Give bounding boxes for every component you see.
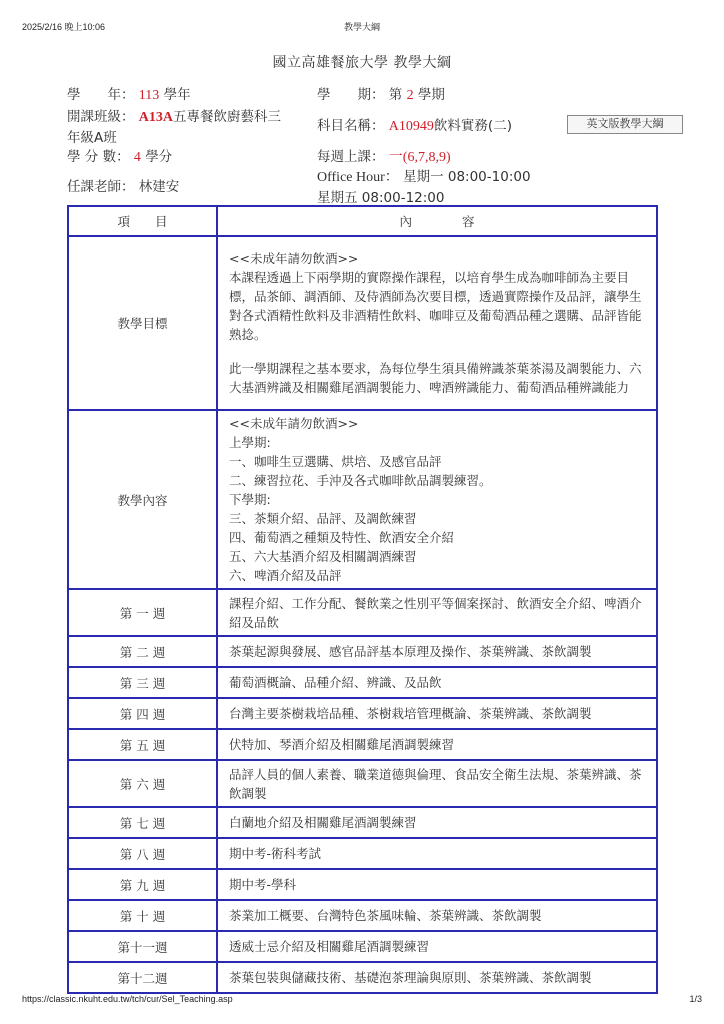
header-content: 內 容 [217,206,657,236]
week-content: 透威士忌介紹及相關雞尾酒調製練習 [217,931,657,962]
week-label: 第 五 週 [68,729,217,760]
english-syllabus-button[interactable]: 英文版教學大綱 [567,115,683,134]
week-row: 第 十 週 茶業加工概要、台灣特色茶風味輪、茶葉辨識、茶飲調製 [68,900,657,931]
document-title: 國立高雄餐旅大學 教學大綱 [0,52,724,72]
week-label: 第 三 週 [68,667,217,698]
info-class: 開課班級： A13A五專餐飲廚藝科三 年級A班 [67,107,287,148]
class-code: A13A [139,110,173,125]
week-content: 伏特加、琴酒介紹及相關雞尾酒調製練習 [217,729,657,760]
class-name-line1: 五專餐飲廚藝科三 [173,109,281,125]
week-label: 第 一 週 [68,589,217,636]
objectives-warning: <<未成年請勿飲酒>> [229,249,646,268]
semester-prefix: 第 [389,87,403,103]
year-value: 113 [139,88,159,103]
week-content: 茶業加工概要、台灣特色茶風味輪、茶葉辨識、茶飲調製 [217,900,657,931]
week-label: 第 七 週 [68,807,217,838]
year-label: 學 年： [67,87,135,103]
info-credits: 學 分 數： 4 學分 [67,147,172,168]
office-hour-label: Office Hour： [317,170,399,185]
week-row: 第十一週 透威士忌介紹及相關雞尾酒調製練習 [68,931,657,962]
week-content: 茶葉包裝與儲藏技術、基礎泡茶理論與原則、茶葉辨識、茶飲調製 [217,962,657,993]
week-content: 期中考-學科 [217,869,657,900]
week-label: 第十二週 [68,962,217,993]
class-name-line2: 年級A班 [67,130,117,146]
week-row: 第 二 週 茶葉起源與發展、感官品評基本原理及操作、茶葉辨識、茶飲調製 [68,636,657,667]
week-row: 第 一 週 課程介紹、工作分配、餐飲業之性別平等個案探討、飲酒安全介紹、啤酒介紹… [68,589,657,636]
credits-unit: 學分 [145,149,172,165]
week-label: 第 九 週 [68,869,217,900]
objectives-row: 教學目標 <<未成年請勿飲酒>> 本課程透過上下兩學期的實際操作課程，以培育學生… [68,236,657,410]
year-unit: 學年 [164,87,191,103]
header-item: 項 目 [68,206,217,236]
teacher-value: 林建安 [139,179,180,195]
info-year: 學 年： 113 學年 [67,85,191,106]
course-label: 科目名稱： [317,118,385,134]
semester-label: 學 期： [317,87,385,103]
info-course: 科目名稱： A10949飲料實務(二) [317,116,512,137]
week-label: 第 十 週 [68,900,217,931]
content-line: 下學期: [229,490,646,509]
content-line: 三、茶類介紹、品評、及調飲練習 [229,509,646,528]
print-header: 2025/2/16 晚上10:06 教學大綱 [22,20,702,34]
teacher-label: 任課老師： [67,179,135,195]
office-hour-1: 星期一 08:00-10:00 [403,169,530,185]
content-line: 六、啤酒介紹及品評 [229,566,646,585]
objectives-label: 教學目標 [68,236,217,410]
info-teacher: 任課老師： 林建安 [67,177,179,197]
week-row: 第 四 週 台灣主要茶樹栽培品種、茶樹栽培管理概論、茶葉辨識、茶飲調製 [68,698,657,729]
week-content: 課程介紹、工作分配、餐飲業之性別平等個案探討、飲酒安全介紹、啤酒介紹及品飲 [217,589,657,636]
objectives-paragraph-2: 此一學期課程之基本要求，為每位學生須具備辨識茶葉茶湯及調製能力、六大基酒辨識及相… [229,359,646,397]
class-label: 開課班級： [67,109,135,125]
print-footer: https://classic.nkuht.edu.tw/tch/cur/Sel… [22,994,702,1008]
content-line: 四、葡萄酒之種類及特性、飲酒安全介紹 [229,528,646,547]
content-line: 二、練習拉花、手沖及各式咖啡飲品調製練習。 [229,471,646,490]
objectives-paragraph-1: 本課程透過上下兩學期的實際操作課程，以培育學生成為咖啡師為主要目標，品茶師、調酒… [229,268,646,344]
week-content: 葡萄酒概論、品種介紹、辨識、及品飲 [217,667,657,698]
content-line: 上學期: [229,433,646,452]
week-content: 期中考-術科考試 [217,838,657,869]
page-number: 1/3 [689,994,702,1004]
week-row: 第 九 週 期中考-學科 [68,869,657,900]
content-row: 教學內容 <<未成年請勿飲酒>> 上學期: 一、咖啡生豆選購、烘培、及感官品評 … [68,410,657,589]
info-schedule: 每週上課： 一(6,7,8,9) [317,147,451,168]
week-label: 第 八 週 [68,838,217,869]
info-semester: 學 期： 第 2 學期 [317,85,445,106]
credits-label: 學 分 數： [67,149,130,165]
table-continuation-right [656,974,658,988]
syllabus-table: 項 目 內 容 教學目標 <<未成年請勿飲酒>> 本課程透過上下兩學期的實際操作… [67,205,658,994]
content-line: 一、咖啡生豆選購、烘培、及感官品評 [229,452,646,471]
week-row: 第 五 週 伏特加、琴酒介紹及相關雞尾酒調製練習 [68,729,657,760]
table-continuation-left [67,974,69,988]
schedule-value: 一(6,7,8,9) [389,150,451,165]
office-hour-2: 星期五 08:00-12:00 [317,190,444,206]
info-office-hour: Office Hour： 星期一 08:00-10:00 星期五 08:00-1… [317,167,531,208]
week-content: 台灣主要茶樹栽培品種、茶樹栽培管理概論、茶葉辨識、茶飲調製 [217,698,657,729]
print-url: https://classic.nkuht.edu.tw/tch/cur/Sel… [22,994,233,1004]
print-page-title: 教學大綱 [22,20,702,33]
semester-unit: 學期 [418,87,445,103]
week-row: 第 七 週 白蘭地介紹及相關雞尾酒調製練習 [68,807,657,838]
content-line: 五、六大基酒介紹及相關調酒練習 [229,547,646,566]
course-code: A10949 [389,119,434,134]
week-label: 第十一週 [68,931,217,962]
week-label: 第 六 週 [68,760,217,807]
week-label: 第 四 週 [68,698,217,729]
week-label: 第 二 週 [68,636,217,667]
course-name: 飲料實務(二) [434,118,512,134]
objectives-content: <<未成年請勿飲酒>> 本課程透過上下兩學期的實際操作課程，以培育學生成為咖啡師… [217,236,657,410]
week-row: 第 八 週 期中考-術科考試 [68,838,657,869]
table-header-row: 項 目 內 容 [68,206,657,236]
content-label: 教學內容 [68,410,217,589]
credits-value: 4 [134,150,141,165]
week-content: 白蘭地介紹及相關雞尾酒調製練習 [217,807,657,838]
content-lines: <<未成年請勿飲酒>> 上學期: 一、咖啡生豆選購、烘培、及感官品評 二、練習拉… [217,410,657,589]
week-content: 品評人員的個人素養、職業道德與倫理、食品安全衛生法規、茶葉辨識、茶飲調製 [217,760,657,807]
week-row: 第 三 週 葡萄酒概論、品種介紹、辨識、及品飲 [68,667,657,698]
week-content: 茶葉起源與發展、感官品評基本原理及操作、茶葉辨識、茶飲調製 [217,636,657,667]
semester-value: 2 [407,88,414,103]
content-line: <<未成年請勿飲酒>> [229,414,646,433]
week-row: 第 六 週 品評人員的個人素養、職業道德與倫理、食品安全衛生法規、茶葉辨識、茶飲… [68,760,657,807]
schedule-label: 每週上課： [317,149,385,165]
week-row: 第十二週 茶葉包裝與儲藏技術、基礎泡茶理論與原則、茶葉辨識、茶飲調製 [68,962,657,993]
